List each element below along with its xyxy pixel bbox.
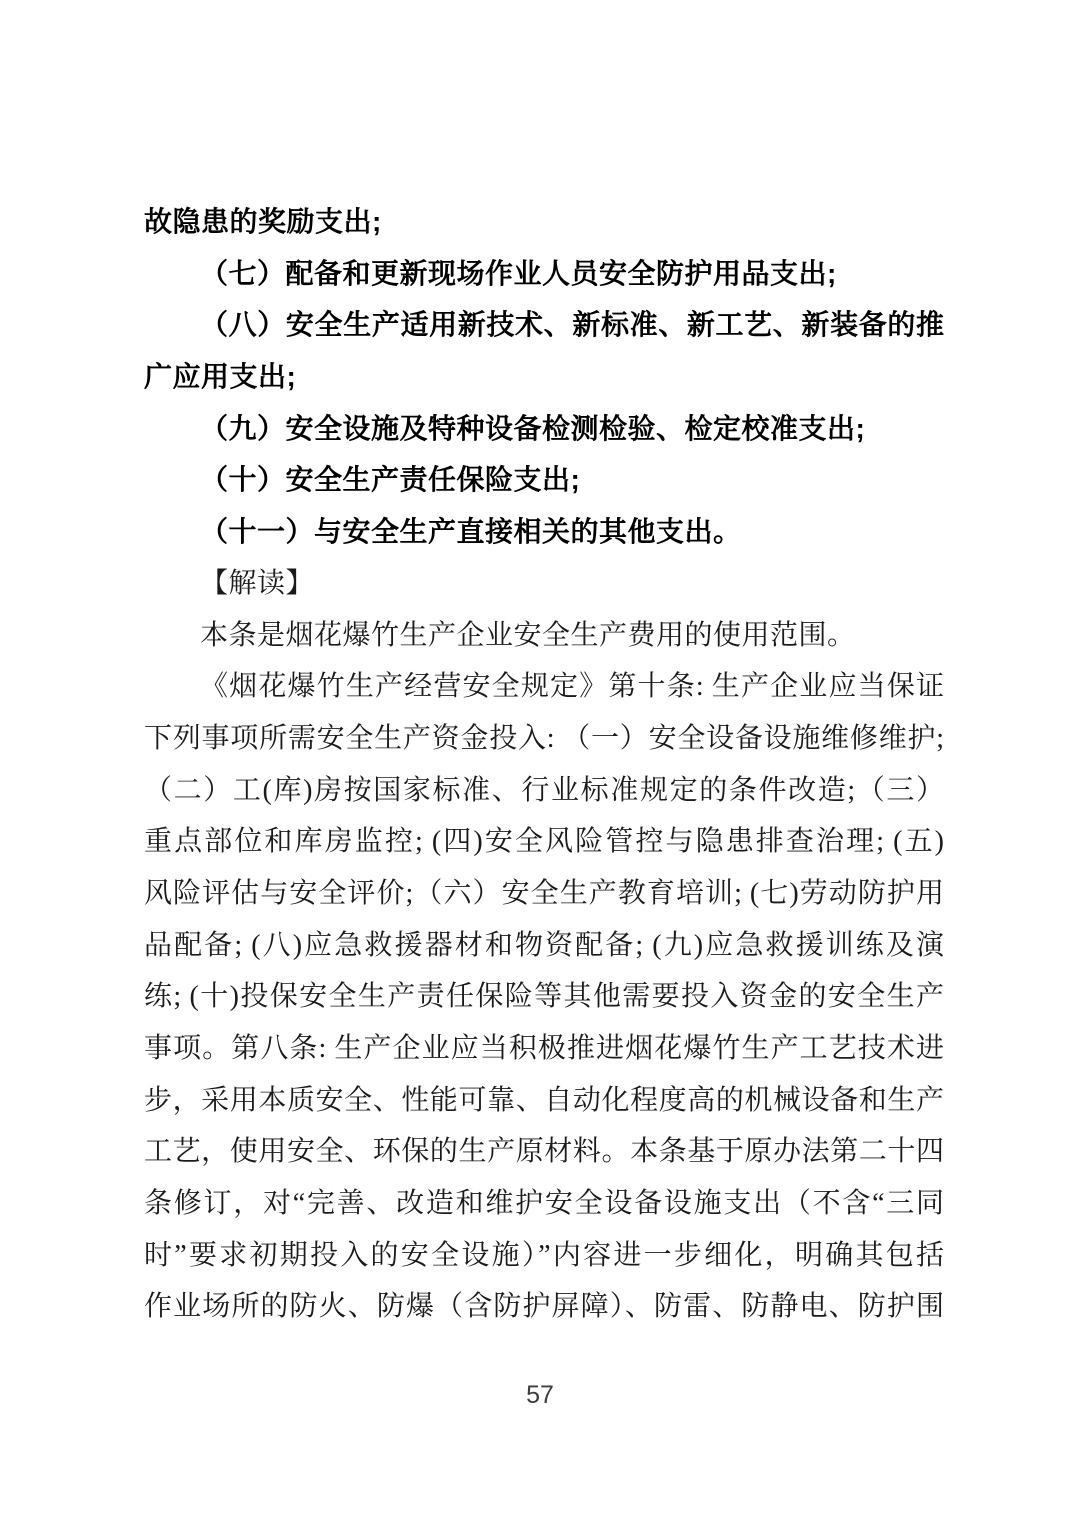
body-text-line: 品配备; (八)应急救援器材和物资配备; (九)应急救援训练及演 (144, 920, 944, 972)
article-list-line: （九）安全设施及特种设备检测检验、检定校准支出; (144, 403, 944, 455)
body-text-line: 《烟花爆竹生产经营安全规定》第十条: 生产企业应当保证 (144, 661, 944, 713)
body-text-line: 下列事项所需安全生产资金投入: （一）安全设备设施维修维护; (144, 713, 944, 765)
document-page: 故隐患的奖励支出;（七）配备和更新现场作业人员安全防护用品支出;（八）安全生产适… (0, 0, 1080, 1527)
page-number: 57 (0, 1380, 1080, 1410)
body-text-line: 步，采用本质安全、性能可靠、自动化程度高的机械设备和生产 (144, 1075, 944, 1127)
body-text-line: 练; (十)投保安全生产责任保险等其他需要投入资金的安全生产 (144, 971, 944, 1023)
body-text-line: 本条是烟花爆竹生产企业安全生产费用的使用范围。 (144, 610, 944, 662)
article-list-line: （十）安全生产责任保险支出; (144, 454, 944, 506)
body-text-line: 风险评估与安全评价;（六）安全生产教育培训; (七)劳动防护用 (144, 868, 944, 920)
article-list-line: （七）配备和更新现场作业人员安全防护用品支出; (144, 248, 944, 300)
body-text-line: （二）工(库)房按国家标准、行业标准规定的条件改造;（三） (144, 765, 944, 817)
page-content: 故隐患的奖励支出;（七）配备和更新现场作业人员安全防护用品支出;（八）安全生产适… (144, 196, 944, 1333)
article-list-line: （八）安全生产适用新技术、新标准、新工艺、新装备的推 (144, 299, 944, 351)
body-text-line: 条修订，对“完善、改造和维护安全设备设施支出（不含“三同 (144, 1178, 944, 1230)
article-list-line: （十一）与安全生产直接相关的其他支出。 (144, 506, 944, 558)
body-text-line: 时”要求初期投入的安全设施）”内容进一步细化，明确其包括 (144, 1230, 944, 1282)
body-text-line: 【解读】 (144, 558, 944, 610)
body-text-line: 事项。第八条: 生产企业应当积极推进烟花爆竹生产工艺技术进 (144, 1023, 944, 1075)
body-text-line: 作业场所的防火、防爆（含防护屏障）、防雷、防静电、防护围 (144, 1281, 944, 1333)
body-text-line: 工艺，使用安全、环保的生产原材料。本条基于原办法第二十四 (144, 1126, 944, 1178)
article-list-line: 故隐患的奖励支出; (144, 196, 944, 248)
article-list-line: 广应用支出; (144, 351, 944, 403)
body-text-line: 重点部位和库房监控; (四)安全风险管控与隐患排查治理; (五) (144, 816, 944, 868)
